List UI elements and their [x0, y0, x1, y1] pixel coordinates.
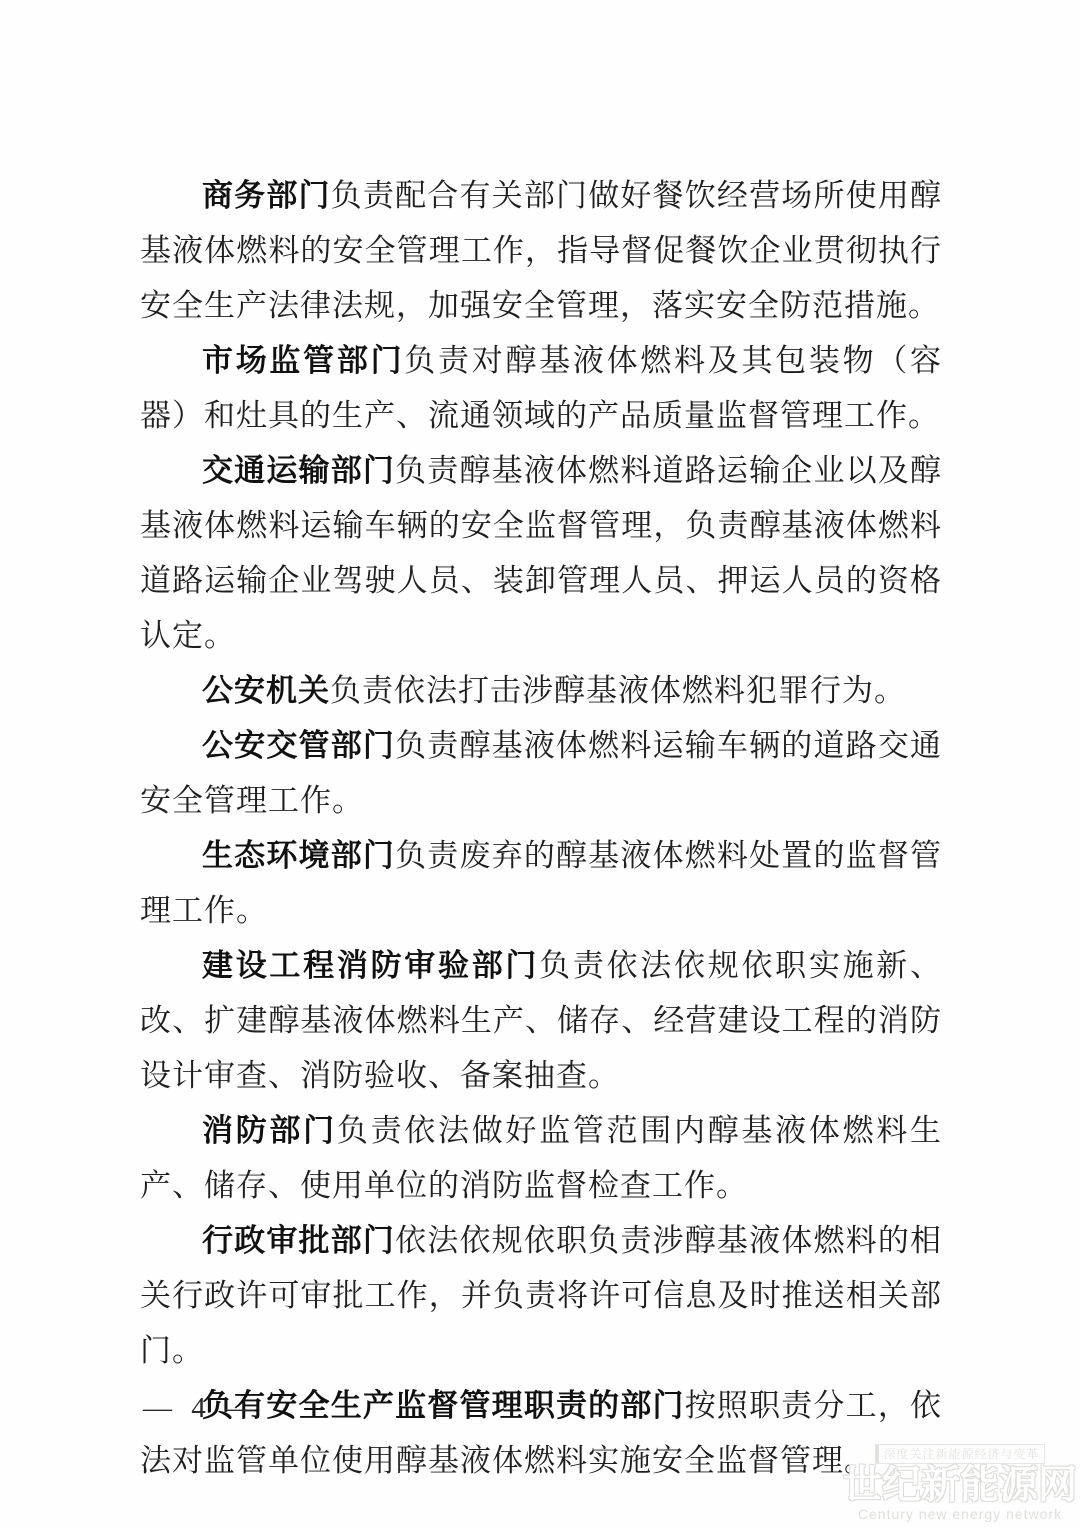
- paragraph-head: 消防部门: [202, 1113, 337, 1148]
- paragraph-head: 公安交管部门: [202, 728, 395, 763]
- paragraph-body: 负责依法打击涉醇基液体燃料犯罪行为。: [330, 673, 906, 708]
- watermark: 深度关注新能源经济与变革 世纪新能源网 Century new energy n…: [842, 1444, 1078, 1523]
- paragraph-head: 建设工程消防审验部门: [202, 948, 539, 983]
- paragraph-safety-supervision-depts: 负有安全生产监督管理职责的部门按照职责分工，依法对监管单位使用醇基液体燃料实施安…: [140, 1378, 942, 1488]
- watermark-tagline: 深度关注新能源经济与变革: [875, 1444, 1044, 1464]
- paragraph-administrative-approval-dept: 行政审批部门依法依规依职负责涉醇基液体燃料的相关行政许可审批工作，并负责将许可信…: [140, 1213, 942, 1378]
- paragraph-head: 商务部门: [202, 178, 331, 213]
- paragraph-head: 市场监管部门: [202, 343, 404, 378]
- paragraph-head: 公安机关: [202, 673, 330, 708]
- paragraph-market-regulation-dept: 市场监管部门负责对醇基液体燃料及其包装物（容器）和灶具的生产、流通领域的产品质量…: [140, 333, 942, 443]
- page-number: — 4 —: [143, 1392, 260, 1425]
- paragraph-head: 负有安全生产监督管理职责的部门: [202, 1388, 685, 1423]
- paragraph-construction-fire-review-dept: 建设工程消防审验部门负责依法依规依职实施新、改、扩建醇基液体燃料生产、储存、经营…: [140, 938, 942, 1103]
- watermark-site-subtitle: Century new energy network: [842, 1506, 1078, 1523]
- paragraph-commerce-dept: 商务部门负责配合有关部门做好餐饮经营场所使用醇基液体燃料的安全管理工作，指导督促…: [140, 168, 942, 333]
- paragraph-fire-dept: 消防部门负责依法做好监管范围内醇基液体燃料生产、储存、使用单位的消防监督检查工作…: [140, 1103, 942, 1213]
- document-text-block: 商务部门负责配合有关部门做好餐饮经营场所使用醇基液体燃料的安全管理工作，指导督促…: [140, 168, 942, 1488]
- watermark-site-title: 世纪新能源网: [842, 1466, 1078, 1506]
- paragraph-traffic-police-dept: 公安交管部门负责醇基液体燃料运输车辆的道路交通安全管理工作。: [140, 718, 942, 828]
- paragraph-transport-dept: 交通运输部门负责醇基液体燃料道路运输企业以及醇基液体燃料运输车辆的安全监督管理，…: [140, 443, 942, 663]
- paragraph-head: 行政审批部门: [202, 1223, 395, 1258]
- paragraph-public-security-organ: 公安机关负责依法打击涉醇基液体燃料犯罪行为。: [140, 663, 942, 718]
- document-page: 商务部门负责配合有关部门做好餐饮经营场所使用醇基液体燃料的安全管理工作，指导督促…: [0, 0, 1080, 1527]
- paragraph-head: 交通运输部门: [202, 453, 395, 488]
- paragraph-ecology-environment-dept: 生态环境部门负责废弃的醇基液体燃料处置的监督管理工作。: [140, 828, 942, 938]
- paragraph-head: 生态环境部门: [202, 838, 395, 873]
